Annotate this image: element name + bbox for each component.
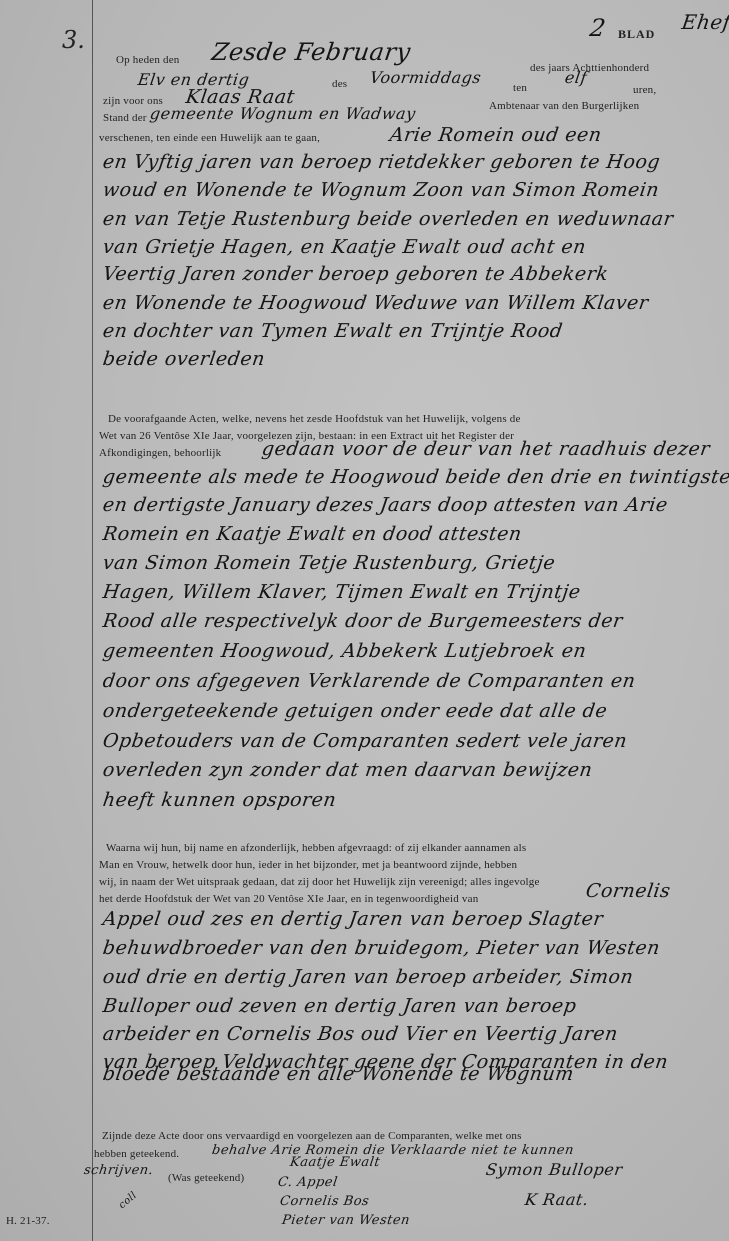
preceding-acts-hand: en dertigste January dezes Jaars doop at… [101,494,669,516]
scanned-document-page: 3. 2 BLAD Ehef Op heden den Zesde Februa… [0,0,729,1241]
closing-printed: Zijnde deze Acte door ons vervaardigd en… [102,1130,522,1142]
closing-exception-cont: schrijven. [83,1163,154,1178]
party-line: van Grietje Hagen, en Kaatje Ewalt oud a… [101,236,587,258]
form-code: H. 21-37. [6,1215,50,1227]
declaration-hand: Appel oud zes en dertig Jaren van beroep… [101,908,604,930]
corner-annotation: Ehef [680,10,729,34]
preceding-acts-hand: gedaan voor de deur van het raadhuis dez… [260,438,711,460]
signature-kaatje-ewalt: Kaatje Ewalt [289,1155,381,1170]
label-verschenen: verschenen, ten einde een Huwelijk aan t… [99,132,320,144]
label-ten: ten [513,82,527,94]
sheet-number: 2 [588,14,608,42]
preceding-acts-hand: overleden zyn zonder dat men daarvan bew… [101,759,593,781]
label-ambtenaar: Ambtenaar van den Burgerlijken [489,100,639,112]
declaration-hand: bloede bestaande en alle Wonende te Wogn… [101,1063,575,1085]
declaration-hand: behuwdbroeder van den bruidegom, Pieter … [101,937,661,959]
declaration-hand: oud drie en dertig Jaren van beroep arbe… [101,966,634,988]
preceding-acts-hand: gemeente als mede te Hoogwoud beide den … [101,466,729,488]
declaration-hand: Cornelis [584,880,672,902]
declaration-hand: Bulloper oud zeven en dertig Jaren van b… [101,995,577,1017]
label-stand-der: Stand der [103,112,147,124]
party-line: en Vyftig jaren van beroep rietdekker ge… [101,151,661,173]
signature-symon-bulloper: Symon Bulloper [485,1160,624,1179]
preceding-acts-printed: Afkondigingen, behoorlijk [99,447,221,459]
sheet-label: BLAD [618,27,655,42]
party-line: en dochter van Tymen Ewalt en Trijntje R… [101,320,564,342]
signature-cornelis-bos: Cornelis Bos [279,1194,370,1209]
closing-printed: hebben geteekend. [94,1148,179,1160]
margin-record-number: 3. [62,26,85,54]
signature-k-raat: K Raat. [524,1190,590,1209]
preceding-acts-hand: Rood alle respectivelyk door de Burgemee… [101,610,624,632]
declaration-hand: arbeider en Cornelis Bos oud Vier en Vee… [101,1023,619,1045]
label-des: des [332,78,347,90]
label-des-jaars: des jaars Achttienhonderd [530,62,649,74]
signature-c-appel: C. Appel [277,1175,339,1190]
party-line: en Wonende te Hoogwoud Weduwe van Willem… [101,292,650,314]
signature-pieter-van-westen: Pieter van Westen [281,1213,411,1228]
declaration-printed: het derde Hoofdstuk der Wet van 20 Ventô… [99,893,478,905]
preceding-acts-hand: Hagen, Willem Klaver, Tijmen Ewalt en Tr… [101,581,582,603]
label-op-heden: Op heden den [116,54,180,66]
hand-date: Zesde February [210,38,413,66]
party-line: Veertig Jaren zonder beroep geboren te A… [101,263,609,285]
closing-exception-note: behalve Arie Romein die Verklaarde niet … [211,1143,575,1158]
hand-municipality: gemeente Wognum en Wadway [149,104,417,123]
preceding-acts-printed: De voorafgaande Acten, welke, nevens het… [108,413,521,425]
party-line: en van Tetje Rustenburg beide overleden … [101,208,674,230]
preceding-acts-hand: gemeenten Hoogwoud, Abbekerk Lutjebroek … [101,640,587,662]
preceding-acts-hand: door ons afgegeven Verklarende de Compar… [101,670,637,692]
preceding-acts-hand: Opbetouders van de Comparanten sedert ve… [101,730,628,752]
hand-daypart: Voormiddags [369,68,483,87]
margin-mark: coll [117,1190,139,1211]
label-uren: uren, [633,84,656,96]
preceding-acts-hand: heeft kunnen opsporen [101,789,337,811]
preceding-acts-hand: ondergeteekende getuigen onder eede dat … [101,700,608,722]
hand-hour: elf [564,68,589,87]
margin-rule [92,0,93,1241]
declaration-printed: wij, in naam der Wet uitspraak gedaan, d… [99,876,540,888]
preceding-acts-hand: van Simon Romein Tetje Rustenburg, Griet… [101,552,556,574]
was-geteekend-label: (Was geteekend) [168,1172,244,1184]
party-line: beide overleden [101,348,266,370]
declaration-printed: Waarna wij hun, bij name en afzonderlijk… [106,842,526,854]
preceding-acts-hand: Romein en Kaatje Ewalt en dood attesten [101,523,523,545]
party-line: woud en Wonende te Wognum Zoon van Simon… [101,179,660,201]
party-line: Arie Romein oud een [388,124,603,146]
declaration-printed: Man en Vrouw, hetwelk door hun, ieder in… [99,859,517,871]
